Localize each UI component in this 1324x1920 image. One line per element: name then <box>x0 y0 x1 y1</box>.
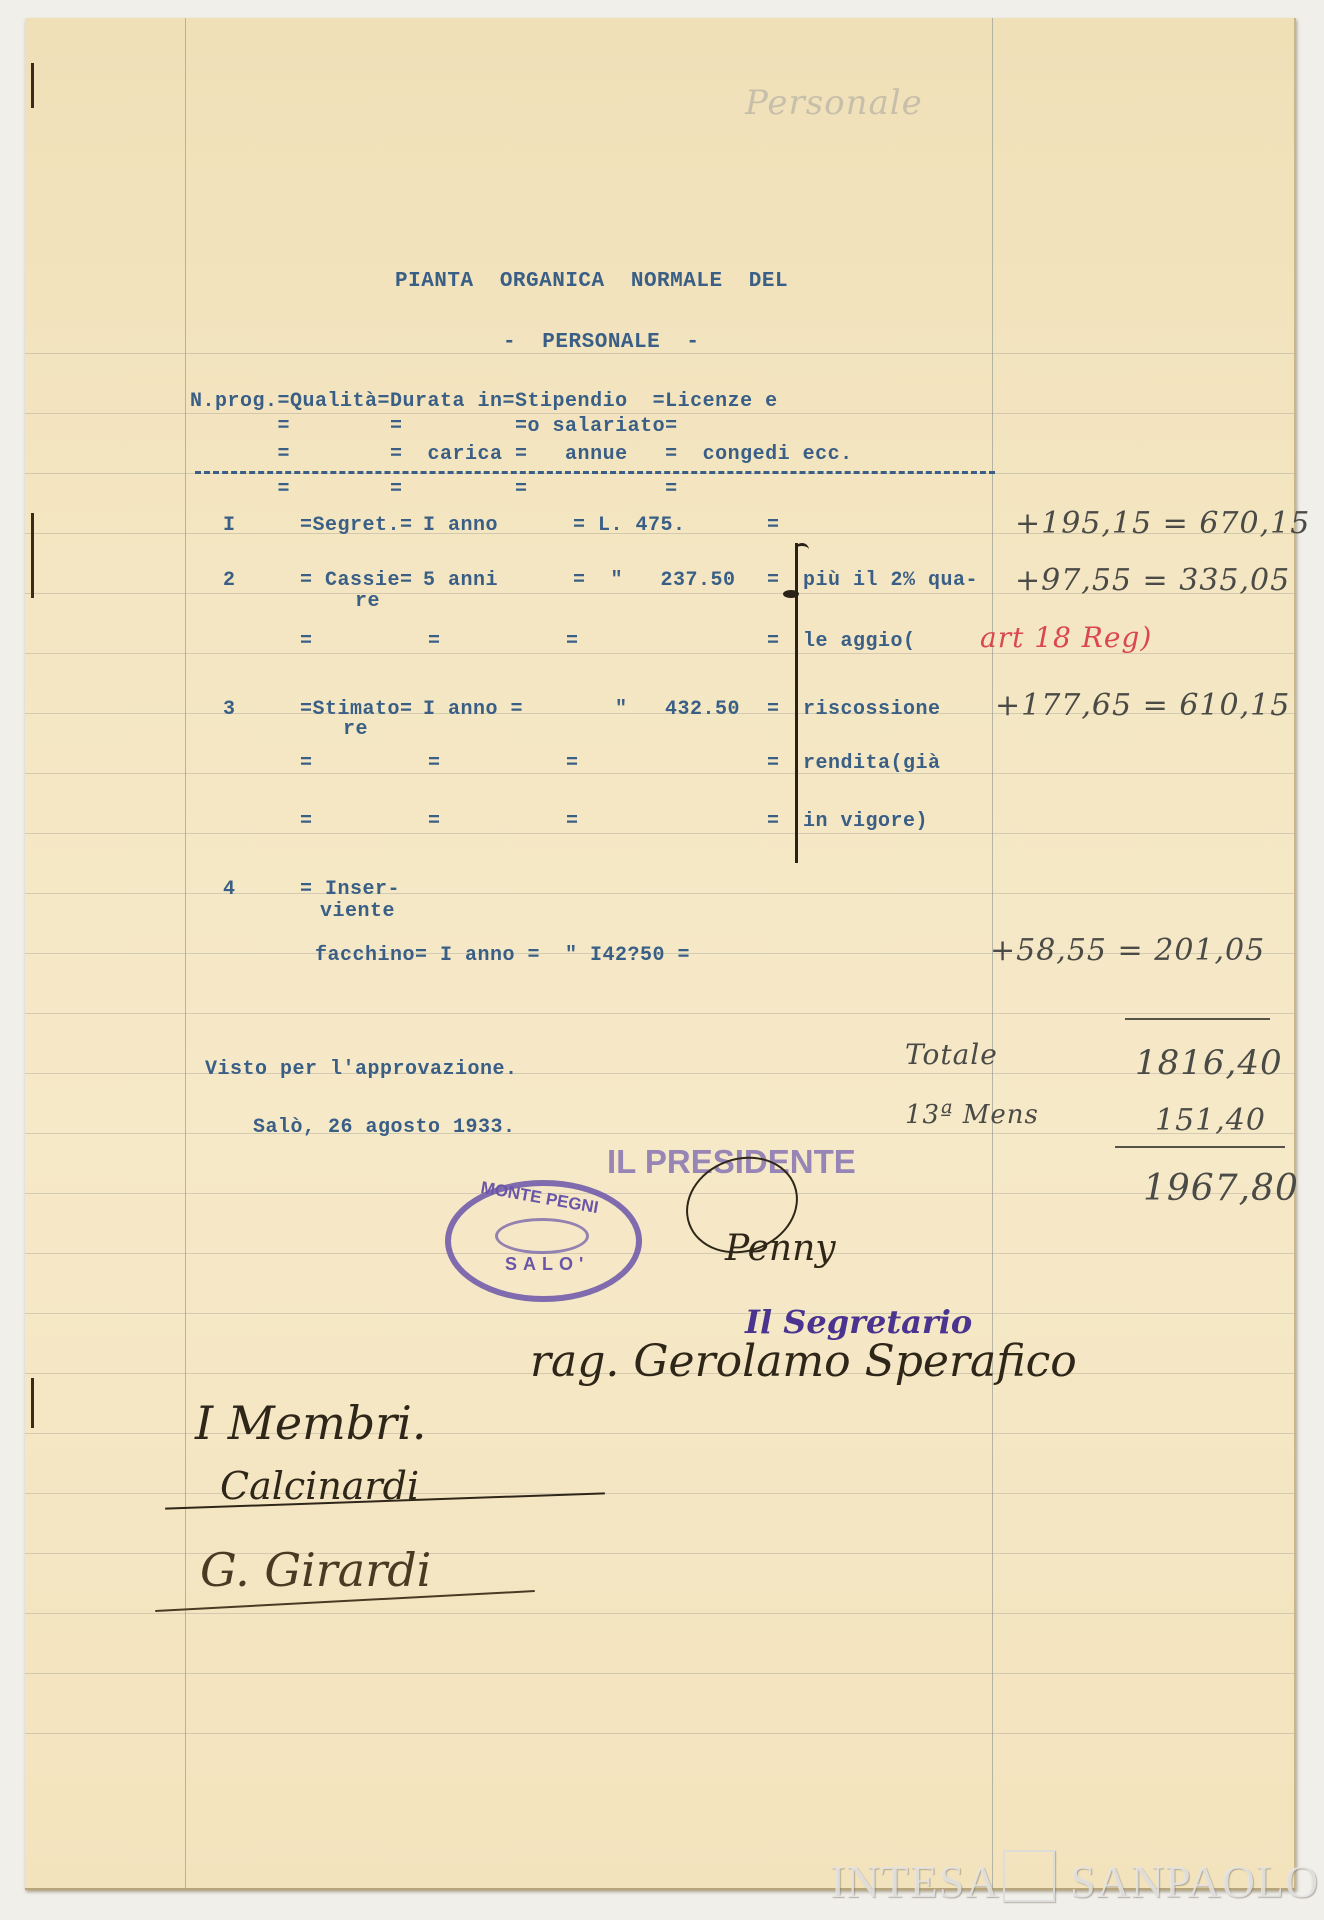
table-separator-equals: = = = = <box>190 478 678 501</box>
totale-value: 1816,40 <box>1135 1043 1283 1083</box>
row-cont3-sep: = <box>767 810 780 833</box>
ruled-line <box>25 1133 1294 1134</box>
member-signature-2: G. Girardi <box>200 1543 431 1597</box>
table-header-row-1: N.prog.=Qualità=Durata in=Stipendio =Lic… <box>190 390 778 413</box>
ruled-line <box>25 1253 1294 1254</box>
watermark-logo-icon <box>1003 1850 1055 1902</box>
row-1-qualita: =Segret.= <box>300 514 413 537</box>
title-line-1: PIANTA ORGANICA NORMALE DEL <box>395 270 788 293</box>
row-2-qualita: = Cassie= <box>300 569 413 592</box>
row-cont-sep: = <box>767 630 780 653</box>
row-4-qualita-cont: viente <box>320 900 395 923</box>
secretary-signature: rag. Gerolamo Sperafico <box>530 1336 1077 1387</box>
watermark-sanpaolo: SANPAOLO <box>1070 1855 1319 1908</box>
row-1-stipendio: = L. 475. <box>573 514 686 537</box>
row-3-number: 3 <box>223 698 236 721</box>
brace-top-curl <box>795 543 809 556</box>
oval-stamp-bottom-text: SALO' <box>505 1254 589 1275</box>
totals-rule-bottom <box>1115 1146 1285 1148</box>
ruled-line <box>25 1493 1294 1494</box>
row-cont2-note: rendita(già <box>803 752 941 775</box>
oval-stamp-inner <box>495 1218 589 1254</box>
row-cont-eq-3: = <box>566 630 579 653</box>
row-1-sep: = <box>767 514 780 537</box>
ruled-line <box>25 833 1294 834</box>
row-cont3-eq-1: = <box>300 810 313 833</box>
row-1-pencil-calc: +195,15 = 670,15 <box>1015 506 1310 541</box>
place-date: Salò, 26 agosto 1933. <box>253 1116 516 1139</box>
row-cont3-note: in vigore) <box>803 810 928 833</box>
row-1-durata: I anno <box>423 514 498 537</box>
row-cont-eq-2: = <box>428 630 441 653</box>
binding-mark <box>31 63 34 108</box>
row-4-number: 4 <box>223 878 236 901</box>
row-2-pencil-calc: +97,55 = 335,05 <box>1015 563 1290 598</box>
ruled-line <box>25 773 1294 774</box>
approval-text: Visto per l'approvazione. <box>205 1058 518 1081</box>
ruled-line <box>25 1733 1294 1734</box>
row-3-qualita-cont: re <box>343 718 368 741</box>
ruled-line <box>25 413 1294 414</box>
grand-total: 1967,80 <box>1143 1168 1299 1209</box>
totale-label: Totale <box>905 1038 998 1071</box>
title-line-2: - PERSONALE - <box>503 331 700 354</box>
row-cont2-eq-1: = <box>300 752 313 775</box>
totals-rule-top <box>1125 1018 1270 1020</box>
row-cont3-eq-3: = <box>566 810 579 833</box>
brace-point <box>783 590 799 598</box>
binding-mark <box>31 1378 34 1428</box>
row-3-note: riscossione <box>803 698 941 721</box>
ruled-line <box>25 1613 1294 1614</box>
mensilita-label: 13ª Mens <box>905 1100 1039 1130</box>
row-3-sep: = <box>767 698 780 721</box>
row-2-stipendio: = " 237.50 <box>573 569 736 592</box>
mensilita-value: 151,40 <box>1155 1103 1266 1138</box>
table-header-separator <box>195 471 995 474</box>
row-cont2-eq-2: = <box>428 752 441 775</box>
red-pencil-note: art 18 Reg) <box>980 621 1152 654</box>
top-pencil-note: Personale <box>745 83 923 123</box>
row-cont-eq-1: = <box>300 630 313 653</box>
ruled-line <box>25 1013 1294 1014</box>
ruled-line <box>25 1193 1294 1194</box>
row-cont3-eq-2: = <box>428 810 441 833</box>
row-3-durata: I anno = <box>423 698 523 721</box>
row-1-number: I <box>223 514 236 537</box>
row-4-pencil-calc: +58,55 = 201,05 <box>990 933 1265 968</box>
row-4-qualita: = Inser- <box>300 878 400 901</box>
row-2-durata: 5 anni <box>423 569 498 592</box>
row-cont2-eq-3: = <box>566 752 579 775</box>
ruled-line <box>25 893 1294 894</box>
ruled-line <box>25 1673 1294 1674</box>
binding-mark <box>31 513 34 598</box>
president-signature: Penny <box>725 1228 836 1269</box>
ruled-line <box>25 1313 1294 1314</box>
watermark-intesa: INTESA <box>830 1855 1000 1908</box>
row-2-number: 2 <box>223 569 236 592</box>
table-header-row-3: = = carica = annue = congedi ecc. <box>190 443 853 466</box>
row-2-note: più il 2% qua- <box>803 569 978 592</box>
row-3-stipendio: " 432.50 <box>615 698 740 721</box>
row-2-qualita-cont: re <box>355 590 380 613</box>
row-2-sep: = <box>767 569 780 592</box>
members-label: I Membri. <box>195 1396 427 1450</box>
row-cont-note: le aggio( <box>803 630 916 653</box>
table-header-row-2: = = =o salariato= <box>190 415 678 438</box>
row-3-pencil-calc: +177,65 = 610,15 <box>995 688 1290 723</box>
document-page: Personale PIANTA ORGANICA NORMALE DEL - … <box>25 18 1296 1890</box>
row-4-detail: facchino= I anno = " I42?50 = <box>315 944 690 967</box>
row-cont2-sep: = <box>767 752 780 775</box>
